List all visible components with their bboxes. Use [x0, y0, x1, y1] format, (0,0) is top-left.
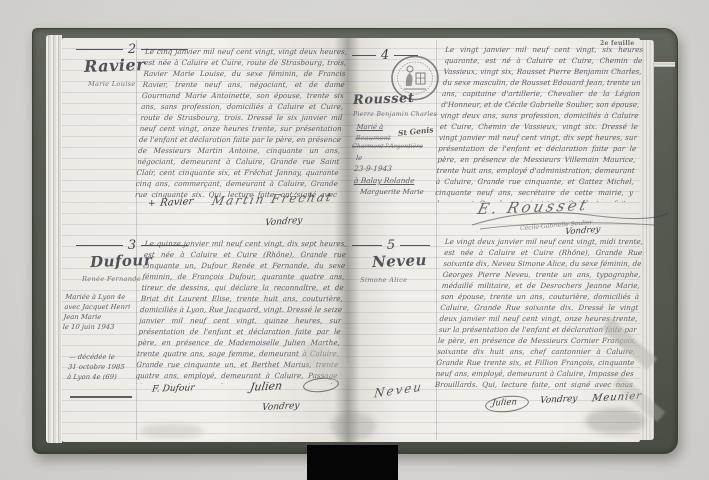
act4-body: Le vingt janvier mil neuf cent vingt, si… [434, 44, 643, 202]
act2-signature-cross: + [148, 199, 156, 209]
page-edges-left [46, 35, 62, 443]
death-note-line: 31 octobre 1985 [68, 362, 143, 372]
act3-signature-2: Julien [249, 379, 283, 394]
death-note-line: — décédée le [68, 352, 143, 362]
act3-body: Le quinze janvier mil neuf cent vingt, d… [135, 238, 347, 384]
rule-dash [352, 245, 382, 247]
rule-dash [352, 55, 376, 57]
act2-body: Le cinq janvier mil neuf cent vingt, vin… [135, 46, 348, 201]
margin-note-date: 23-9-1943 [354, 164, 393, 174]
left-page-margin-rule [136, 40, 137, 440]
death-note-line: à Lyon 4e (69) [67, 372, 142, 382]
marriage-note-line: Mariée à Lyon 4e [65, 292, 140, 302]
act-number-label: 4 [381, 48, 389, 63]
act2-given-names: Marie Louise [88, 80, 136, 88]
marriage-note-line: avec Jacquet Henri [64, 302, 139, 312]
act5-signature-2: Julien [491, 397, 517, 408]
rule-dash [76, 245, 123, 247]
act3-marriage-note: Mariée à Lyon 4e avec Jacquet Henri Jean… [62, 292, 139, 332]
act5-given-names: Simone Alice [360, 276, 407, 284]
margin-note-line: à Balay Rolande [354, 176, 415, 186]
margin-underline [70, 396, 132, 398]
book-support-clip [307, 445, 398, 480]
act4-given-names: Pierre Benjamin Charles [353, 111, 437, 118]
margin-note-line: le [356, 153, 363, 163]
rule-dash [400, 245, 430, 247]
act5-surname: Neveu [372, 251, 428, 271]
marriage-note-line: le 10 juin 1943 [62, 322, 137, 332]
act3-signature-1: F. Dufour [151, 383, 195, 395]
act-number-label: 5 [387, 238, 395, 253]
act3-signature-3: Vondrey [261, 401, 300, 413]
act2-signature-1: Ravier [159, 196, 194, 209]
act5-signature-3: Vondrey [539, 394, 578, 406]
act3-death-note: — décédée le 31 octobre 1985 à Lyon 4e (… [67, 352, 144, 382]
act3-given-names: Renée Fernande [82, 275, 141, 283]
rule-dash [76, 49, 123, 51]
marriage-note-line: Jean Marie [63, 312, 138, 322]
register-scan: 2 Ravier Marie Louise Le cinq janvier mi… [0, 0, 709, 480]
margin-note-line: Marguerite Marie [360, 187, 425, 197]
act5-body: Le vingt deux janvier mil neuf cent ving… [435, 236, 644, 388]
margin-note-line-struck: Charmont l'Argentière [352, 142, 435, 152]
act4-surname: Rousset [353, 91, 415, 108]
